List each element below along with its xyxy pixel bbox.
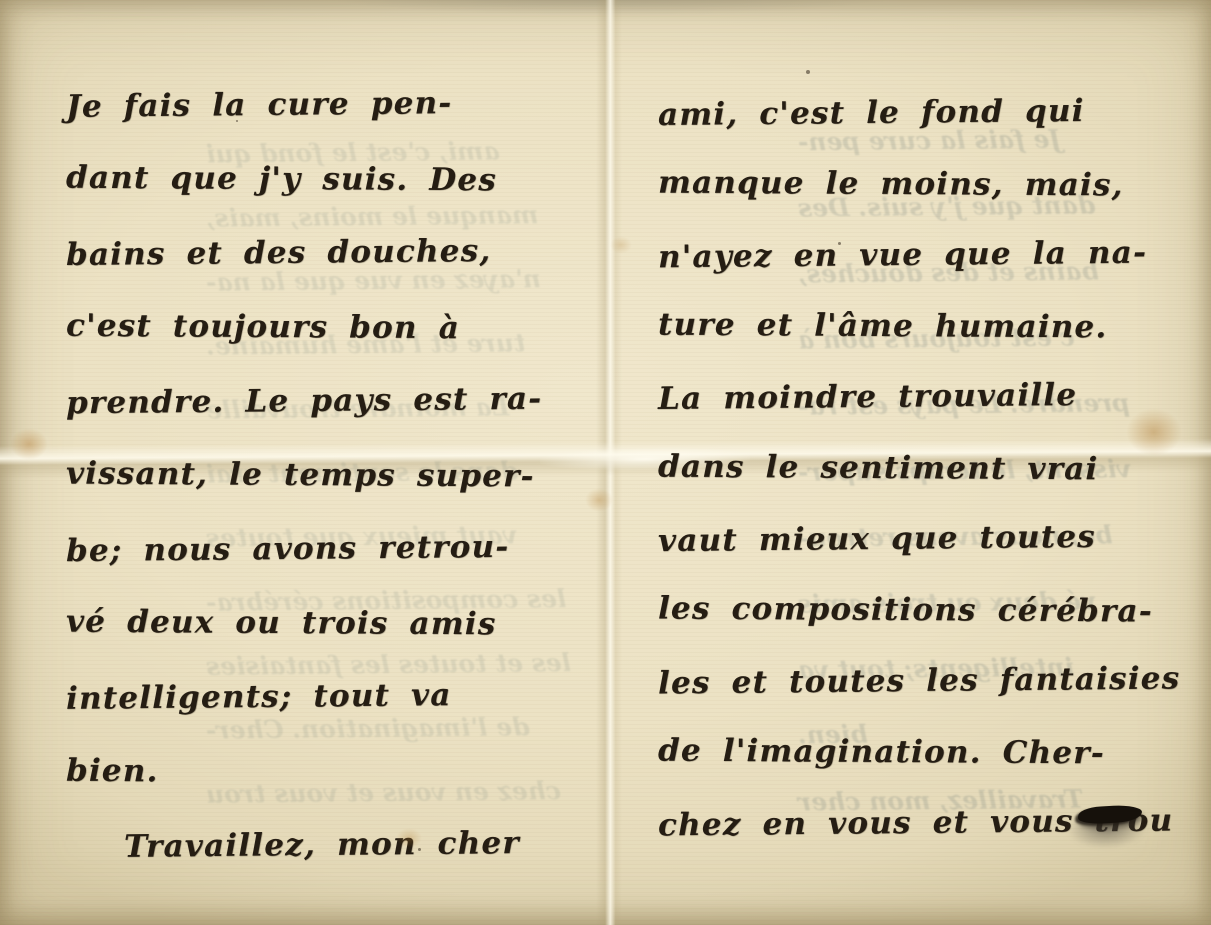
handwriting-line: dant que j'y suis. Des: [66, 161, 497, 198]
page-right: Je fais la cure pen-dant que j'y suis. D…: [658, 0, 1211, 925]
bleed-through-text: de l'imagination. Cher-: [206, 714, 530, 742]
handwriting-line: vé deux ou trois amis: [66, 605, 497, 642]
bleed-through-text: les et toutes les fantaisies: [206, 650, 571, 679]
bleed-through-text: chez en vous et vous trou: [206, 778, 561, 807]
handwriting-line: dans le sentiment vrai: [658, 450, 1099, 487]
handwriting-line: prendre. Le pays est ra-: [66, 382, 543, 421]
handwriting-line: Je fais la cure pen-: [66, 86, 453, 124]
handwriting-line: c'est toujours bon à: [66, 309, 460, 345]
page-left: ami, c'est le fond quimanque le moins, m…: [66, 0, 606, 925]
handwriting-line: vissant, le temps super-: [66, 457, 535, 494]
handwriting-line: Travaillez, mon cher: [124, 826, 520, 864]
handwriting-line: vaut mieux que toutes: [658, 520, 1096, 558]
handwriting-line: ture et l'âme humaine.: [658, 308, 1108, 345]
bleed-through-text: manque le moins, mais,: [206, 202, 539, 230]
stain: [10, 428, 48, 460]
handwriting-line: manque le moins, mais,: [658, 166, 1124, 203]
handwriting-line: La moindre trouvaille: [658, 378, 1078, 416]
handwriting-line: ami, c'est le fond qui: [658, 94, 1085, 132]
letter-sheet: ami, c'est le fond quimanque le moins, m…: [0, 0, 1211, 925]
handwriting-line: de l'imagination. Cher-: [658, 734, 1105, 771]
handwriting-line: intelligents; tout va: [66, 678, 452, 716]
stain: [610, 236, 632, 254]
handwriting-line: les et toutes les fantaisies: [658, 661, 1181, 700]
handwriting-line: bien.: [66, 754, 159, 789]
handwriting-line: n'ayez en vue que la na-: [658, 236, 1147, 275]
handwriting-line: les compositions cérébra-: [658, 591, 1153, 628]
handwriting-line: bains et des douches,: [66, 234, 492, 272]
handwriting-line: be; nous avons retrou-: [66, 530, 510, 568]
handwriting-line: chez en vous et vous trou: [658, 804, 1174, 843]
